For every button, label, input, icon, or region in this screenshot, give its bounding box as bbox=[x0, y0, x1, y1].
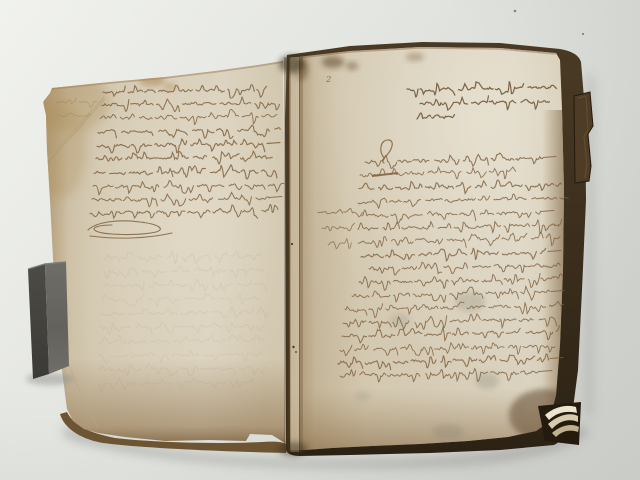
block-front-face bbox=[45, 262, 69, 374]
folio-number: 2 bbox=[325, 75, 331, 85]
manuscript-photo: 2 bbox=[0, 0, 640, 480]
